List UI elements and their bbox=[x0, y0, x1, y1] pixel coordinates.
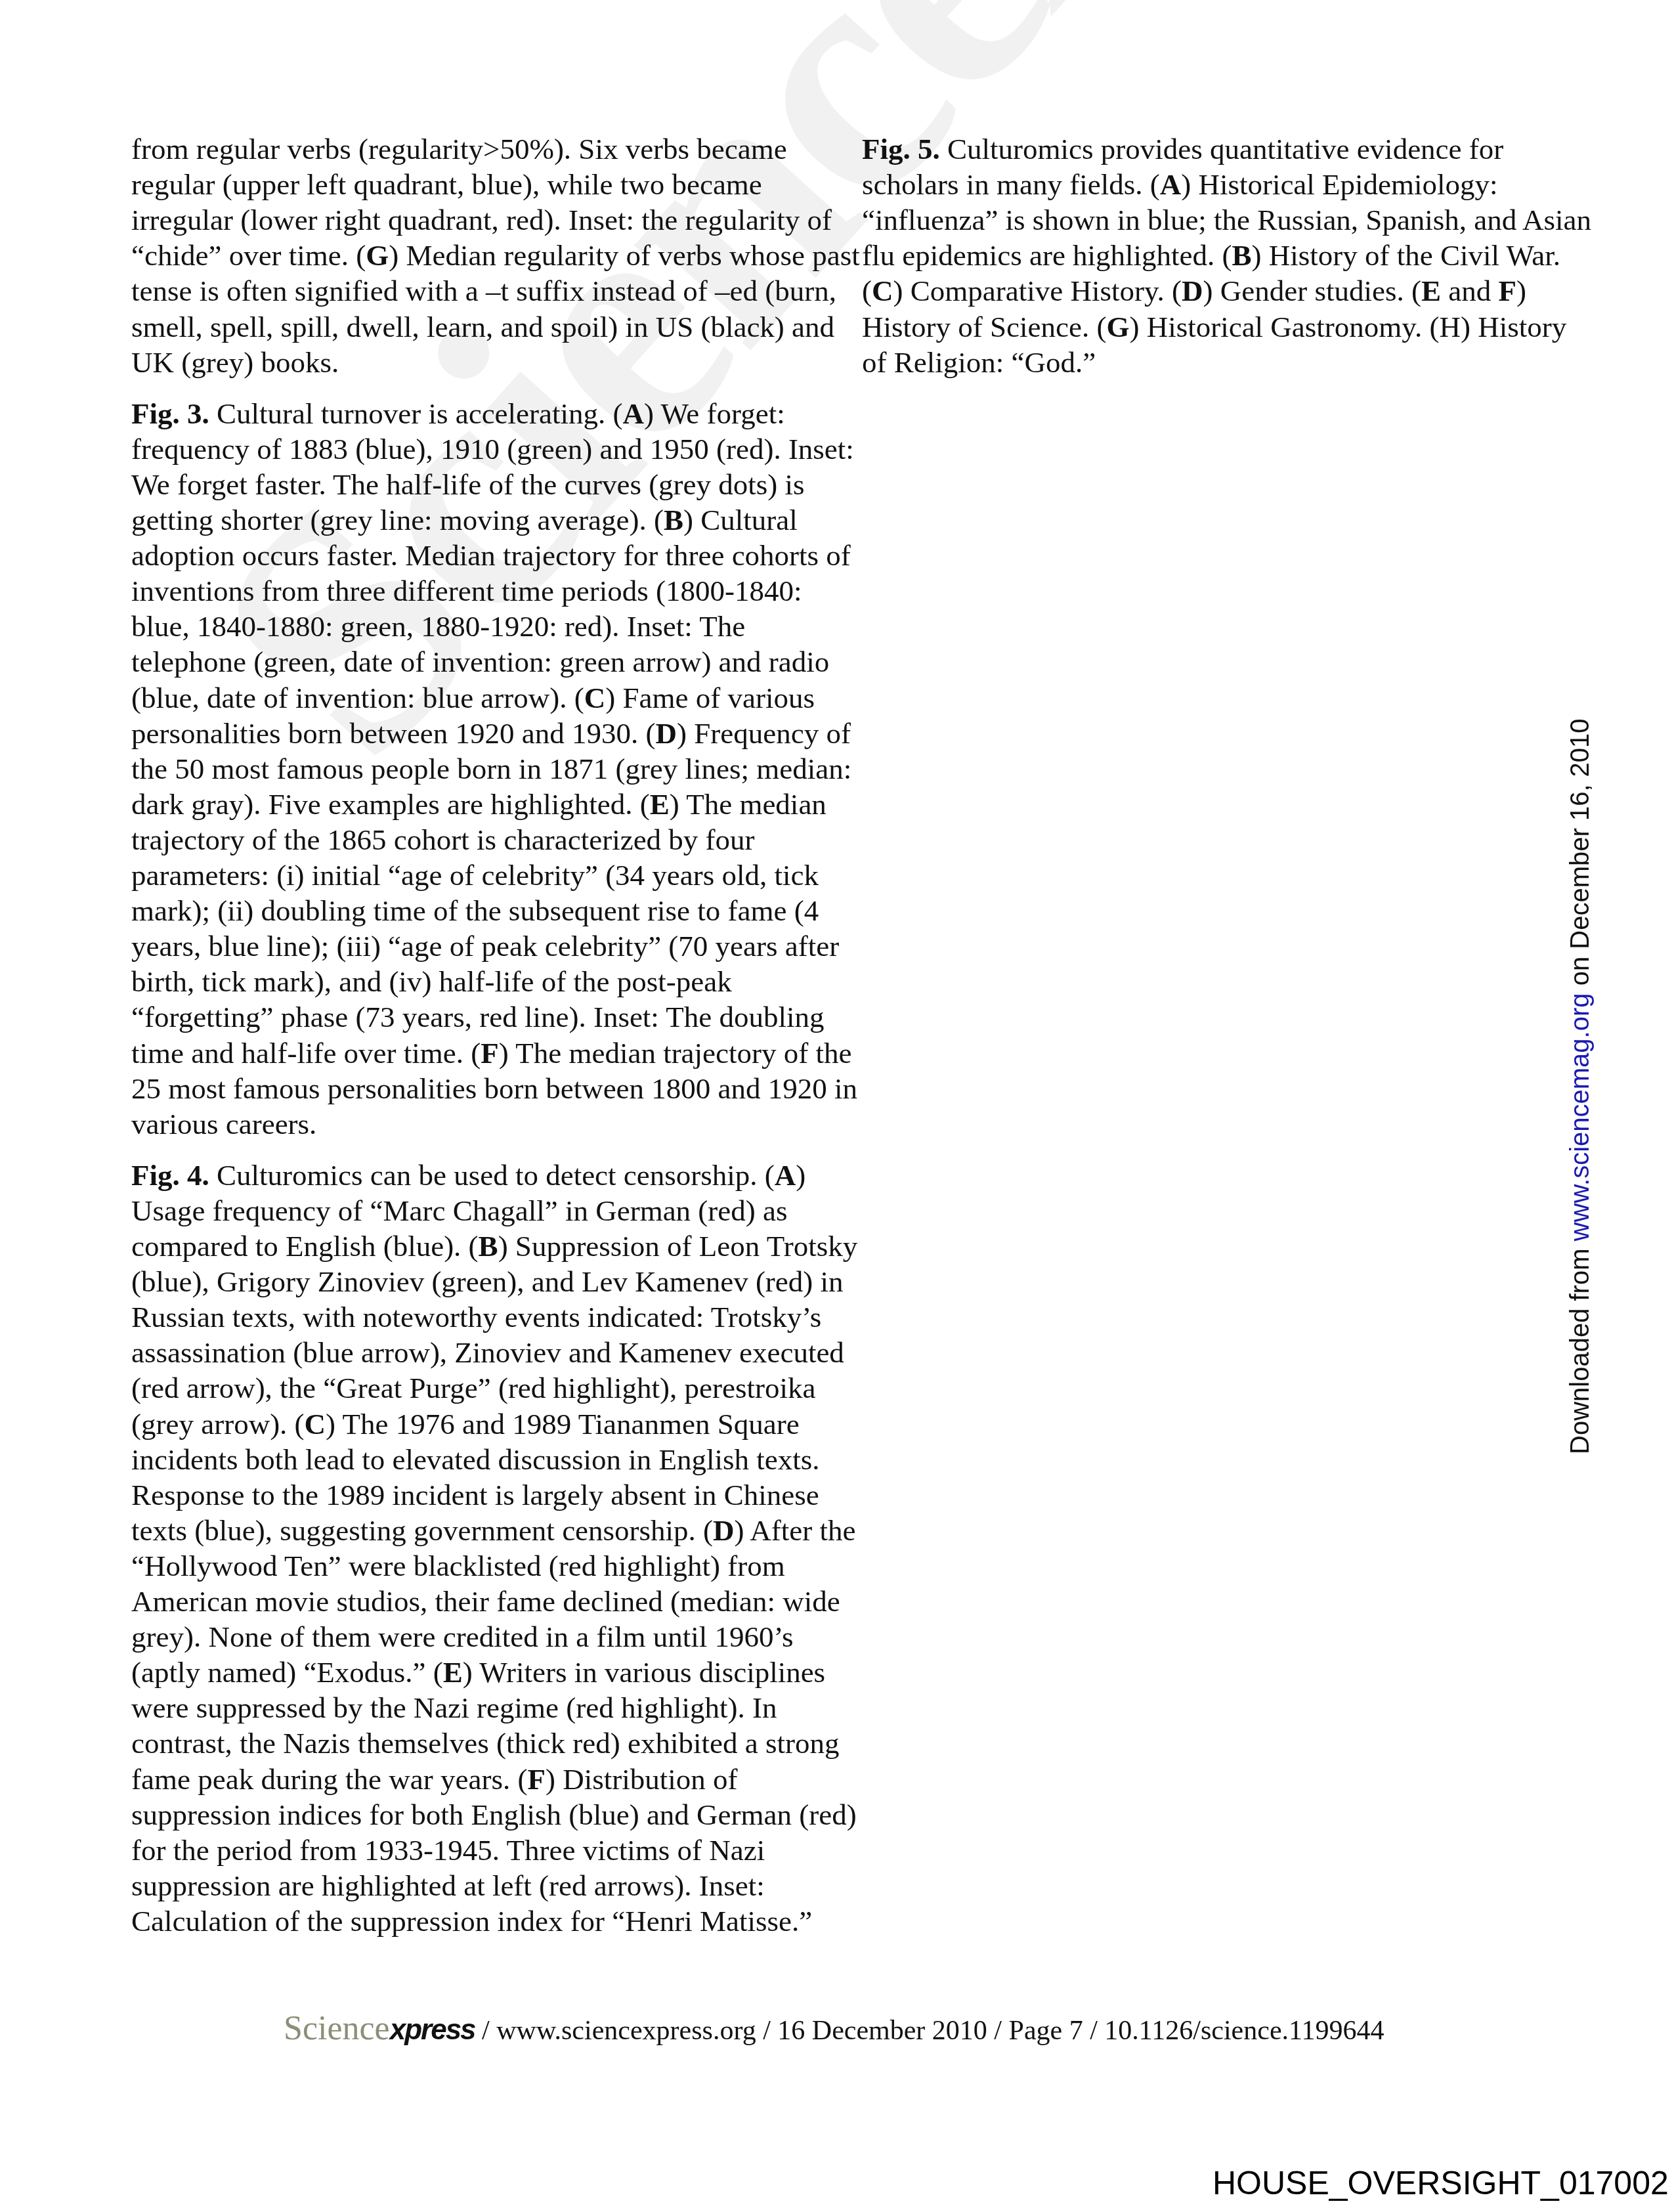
bold-label: A bbox=[775, 1159, 796, 1192]
download-notice-suffix: on December 16, 2010 bbox=[1566, 718, 1595, 993]
caption-line: mark); (ii) doubling time of the subsequ… bbox=[131, 893, 819, 928]
bold-label: Fig. 3. bbox=[131, 397, 209, 430]
caption-line: (grey arrow). (C) The 1976 and 1989 Tian… bbox=[131, 1406, 800, 1442]
caption-line: History of Science. (G) Historical Gastr… bbox=[862, 309, 1566, 345]
caption-text: ) Frequency of bbox=[677, 717, 851, 750]
caption-text: were suppressed by the Nazi regime (red … bbox=[131, 1691, 777, 1724]
caption-line: 25 most famous personalities born betwee… bbox=[131, 1071, 857, 1106]
caption-line: adoption occurs faster. Median trajector… bbox=[131, 538, 851, 573]
caption-line: Usage frequency of “Marc Chagall” in Ger… bbox=[131, 1193, 788, 1228]
caption-line: compared to English (blue). (B) Suppress… bbox=[131, 1228, 857, 1264]
page-footer: Sciencexpress / www.sciencexpress.org / … bbox=[284, 2009, 1384, 2048]
caption-line: inventions from three different time per… bbox=[131, 573, 802, 609]
caption-text: Russian texts, with noteworthy events in… bbox=[131, 1301, 821, 1334]
footer-citation: / www.sciencexpress.org / 16 December 20… bbox=[475, 2016, 1384, 2046]
bold-label: B bbox=[664, 504, 683, 536]
caption-text: (aptly named) “Exodus.” ( bbox=[131, 1656, 443, 1689]
bold-label: A bbox=[623, 397, 645, 430]
caption-text: (blue), Grigory Zinoviev (green), and Le… bbox=[131, 1265, 844, 1298]
caption-text: ) Fame of various bbox=[605, 682, 815, 714]
caption-text: blue, 1840-1880: green, 1880-1920: red).… bbox=[131, 610, 745, 643]
caption-text: ) History of the Civil War. bbox=[1252, 239, 1561, 272]
bold-label: B bbox=[479, 1230, 498, 1263]
caption-text: frequency of 1883 (blue), 1910 (green) a… bbox=[131, 433, 854, 466]
caption-text: ) Distribution of bbox=[546, 1763, 737, 1796]
caption-line: (red arrow), the “Great Purge” (red high… bbox=[131, 1370, 816, 1406]
caption-line: regular (upper left quadrant, blue), whi… bbox=[131, 167, 762, 202]
caption-line: contrast, the Nazis themselves (thick re… bbox=[131, 1725, 839, 1761]
caption-text: telephone (green, date of invention: gre… bbox=[131, 645, 829, 678]
caption-line: irregular (lower right quadrant, red). I… bbox=[131, 202, 832, 238]
caption-text: Cultural turnover is accelerating. ( bbox=[209, 397, 623, 430]
caption-text: UK (grey) books. bbox=[131, 346, 339, 379]
caption-line: Fig. 4. Culturomics can be used to detec… bbox=[131, 1158, 805, 1193]
caption-text: assassination (blue arrow), Zinoviev and… bbox=[131, 1336, 844, 1369]
caption-line: the 50 most famous people born in 1871 (… bbox=[131, 751, 851, 787]
caption-line: American movie studios, their fame decli… bbox=[131, 1584, 840, 1619]
caption-text: American movie studios, their fame decli… bbox=[131, 1585, 840, 1618]
sciencemag-link[interactable]: www.sciencemag.org bbox=[1566, 993, 1595, 1241]
caption-text: ) bbox=[796, 1159, 805, 1192]
caption-text: “forgetting” phase (73 years, red line).… bbox=[131, 1001, 825, 1033]
caption-text: History of Science. ( bbox=[862, 311, 1106, 343]
caption-text: ( bbox=[862, 274, 872, 307]
caption-text: years, blue line); (iii) “age of peak ce… bbox=[131, 930, 839, 963]
caption-text: personalities born between 1920 and 1930… bbox=[131, 717, 656, 750]
caption-line: scholars in many fields. (A) Historical … bbox=[862, 167, 1498, 202]
caption-line: parameters: (i) initial “age of celebrit… bbox=[131, 857, 819, 893]
caption-line: birth, tick mark), and (iv) half-life of… bbox=[131, 964, 732, 999]
bold-label: C bbox=[305, 1408, 326, 1441]
caption-text: adoption occurs faster. Median trajector… bbox=[131, 539, 851, 572]
sciencexpress-logo-xpress: xpress bbox=[390, 2014, 475, 2046]
caption-text: (blue, date of invention: blue arrow). ( bbox=[131, 682, 584, 714]
caption-line: dark gray). Five examples are highlighte… bbox=[131, 787, 826, 822]
caption-line: for the period from 1933-1945. Three vic… bbox=[131, 1832, 765, 1868]
bold-label: G bbox=[1106, 311, 1129, 343]
bold-label: F bbox=[481, 1037, 499, 1070]
bold-label: Fig. 5. bbox=[862, 133, 940, 165]
caption-text: contrast, the Nazis themselves (thick re… bbox=[131, 1727, 839, 1760]
caption-text: “Hollywood Ten” were blacklisted (red hi… bbox=[131, 1550, 785, 1582]
caption-line: frequency of 1883 (blue), 1910 (green) a… bbox=[131, 431, 854, 467]
caption-text: inventions from three different time per… bbox=[131, 575, 802, 607]
caption-text: tense is often signified with a –t suffi… bbox=[131, 274, 836, 307]
caption-line: from regular verbs (regularity>50%). Six… bbox=[131, 131, 787, 167]
caption-text: ) Comparative History. ( bbox=[893, 274, 1182, 307]
caption-text: ) The median bbox=[670, 788, 826, 821]
caption-text: suppression indices for both English (bl… bbox=[131, 1798, 857, 1831]
caption-text: (grey arrow). ( bbox=[131, 1408, 305, 1441]
caption-text: compared to English (blue). ( bbox=[131, 1230, 479, 1263]
caption-text: ) Historical Gastronomy. (H) History bbox=[1129, 311, 1566, 343]
bold-label: E bbox=[650, 788, 670, 821]
caption-text: suppression are highlighted at left (red… bbox=[131, 1869, 765, 1902]
caption-line: suppression are highlighted at left (red… bbox=[131, 1868, 765, 1903]
caption-line: Fig. 3. Cultural turnover is acceleratin… bbox=[131, 396, 785, 431]
bold-label: D bbox=[1182, 274, 1203, 307]
caption-line: (aptly named) “Exodus.” (E) Writers in v… bbox=[131, 1655, 825, 1690]
caption-text: texts (blue), suggesting government cens… bbox=[131, 1514, 713, 1547]
caption-line: “chide” over time. (G) Median regularity… bbox=[131, 238, 860, 273]
bold-label: F bbox=[1498, 274, 1516, 307]
caption-text: parameters: (i) initial “age of celebrit… bbox=[131, 859, 819, 892]
caption-line: Response to the 1989 incident is largely… bbox=[131, 1477, 819, 1513]
caption-text: regular (upper left quadrant, blue), whi… bbox=[131, 168, 762, 201]
bates-stamp: HOUSE_OVERSIGHT_017002 bbox=[1213, 2164, 1669, 2202]
caption-text: trajectory of the 1865 cohort is charact… bbox=[131, 823, 755, 856]
caption-text: for the period from 1933-1945. Three vic… bbox=[131, 1834, 765, 1867]
caption-text: ) Suppression of Leon Trotsky bbox=[498, 1230, 858, 1263]
caption-line: texts (blue), suggesting government cens… bbox=[131, 1513, 856, 1548]
caption-line: “influenza” is shown in blue; the Russia… bbox=[862, 202, 1591, 238]
caption-line: Fig. 5. Culturomics provides quantitativ… bbox=[862, 131, 1503, 167]
caption-line: telephone (green, date of invention: gre… bbox=[131, 644, 829, 680]
caption-line: smell, spell, spill, dwell, learn, and s… bbox=[131, 309, 834, 345]
caption-text: “chide” over time. ( bbox=[131, 239, 366, 272]
caption-text: ) After the bbox=[735, 1514, 856, 1547]
bold-label: Fig. 4. bbox=[131, 1159, 209, 1192]
caption-text: ) The 1976 and 1989 Tiananmen Square bbox=[326, 1408, 800, 1441]
bold-label: F bbox=[527, 1763, 546, 1796]
caption-line: fame peak during the war years. (F) Dist… bbox=[131, 1762, 737, 1797]
caption-line: UK (grey) books. bbox=[131, 345, 339, 380]
caption-text: (red arrow), the “Great Purge” (red high… bbox=[131, 1372, 816, 1404]
caption-line: grey). None of them were credited in a f… bbox=[131, 1619, 793, 1655]
caption-text: fame peak during the war years. ( bbox=[131, 1763, 527, 1796]
caption-text: ) Writers in various disciplines bbox=[463, 1656, 825, 1689]
caption-text: irregular (lower right quadrant, red). I… bbox=[131, 204, 832, 236]
caption-text: flu epidemics are highlighted. ( bbox=[862, 239, 1232, 272]
bold-label: C bbox=[872, 274, 893, 307]
caption-text: 25 most famous personalities born betwee… bbox=[131, 1072, 857, 1105]
caption-text: birth, tick mark), and (iv) half-life of… bbox=[131, 965, 732, 998]
bold-label: D bbox=[713, 1514, 735, 1547]
caption-line: We forget faster. The half-life of the c… bbox=[131, 467, 805, 502]
caption-line: “forgetting” phase (73 years, red line).… bbox=[131, 999, 825, 1035]
caption-line: (blue, date of invention: blue arrow). (… bbox=[131, 680, 815, 716]
caption-line: “Hollywood Ten” were blacklisted (red hi… bbox=[131, 1548, 785, 1584]
caption-text: of Religion: “God.” bbox=[862, 346, 1096, 379]
caption-line: flu epidemics are highlighted. (B) Histo… bbox=[862, 238, 1560, 273]
caption-line: assassination (blue arrow), Zinoviev and… bbox=[131, 1335, 844, 1370]
bold-label: A bbox=[1160, 168, 1182, 201]
caption-line: incidents both lead to elevated discussi… bbox=[131, 1442, 820, 1477]
caption-text: grey). None of them were credited in a f… bbox=[131, 1620, 793, 1653]
caption-text: ) Median regularity of verbs whose past bbox=[389, 239, 859, 272]
caption-text: getting shorter (grey line: moving avera… bbox=[131, 504, 664, 536]
caption-text: various careers. bbox=[131, 1108, 316, 1140]
caption-line: years, blue line); (iii) “age of peak ce… bbox=[131, 928, 839, 964]
caption-line: time and half-life over time. (F) The me… bbox=[131, 1035, 852, 1071]
caption-line: trajectory of the 1865 cohort is charact… bbox=[131, 822, 755, 857]
caption-text: Culturomics provides quantitative eviden… bbox=[940, 133, 1504, 165]
caption-text: ) We forget: bbox=[644, 397, 785, 430]
caption-line: Calculation of the suppression index for… bbox=[131, 1903, 812, 1939]
caption-text: ) bbox=[1516, 274, 1526, 307]
caption-line: suppression indices for both English (bl… bbox=[131, 1797, 857, 1832]
caption-text: and bbox=[1441, 274, 1498, 307]
bold-label: C bbox=[584, 682, 606, 714]
caption-line: of Religion: “God.” bbox=[862, 345, 1096, 380]
bold-label: G bbox=[366, 239, 389, 272]
caption-text: Usage frequency of “Marc Chagall” in Ger… bbox=[131, 1194, 788, 1227]
caption-line: tense is often signified with a –t suffi… bbox=[131, 273, 836, 309]
caption-text: Response to the 1989 incident is largely… bbox=[131, 1479, 819, 1511]
bold-label: B bbox=[1232, 239, 1252, 272]
caption-text: ) Historical Epidemiology: bbox=[1181, 168, 1497, 201]
caption-text: the 50 most famous people born in 1871 (… bbox=[131, 752, 851, 785]
sciencexpress-logo-science: Science bbox=[284, 2010, 390, 2047]
bold-label: E bbox=[1421, 274, 1441, 307]
caption-line: various careers. bbox=[131, 1106, 316, 1142]
caption-text: incidents both lead to elevated discussi… bbox=[131, 1443, 820, 1476]
caption-text: ) The median trajectory of the bbox=[499, 1037, 852, 1070]
caption-line: blue, 1840-1880: green, 1880-1920: red).… bbox=[131, 609, 745, 644]
caption-text: from regular verbs (regularity>50%). Six… bbox=[131, 133, 787, 165]
caption-text: Calculation of the suppression index for… bbox=[131, 1905, 812, 1938]
caption-line: were suppressed by the Nazi regime (red … bbox=[131, 1690, 777, 1725]
caption-line: getting shorter (grey line: moving avera… bbox=[131, 502, 798, 538]
caption-text: “influenza” is shown in blue; the Russia… bbox=[862, 204, 1591, 236]
caption-text: We forget faster. The half-life of the c… bbox=[131, 468, 805, 501]
caption-text: scholars in many fields. ( bbox=[862, 168, 1160, 201]
download-notice-prefix: Downloaded from bbox=[1566, 1241, 1595, 1454]
bold-label: E bbox=[443, 1656, 463, 1689]
caption-line: (blue), Grigory Zinoviev (green), and Le… bbox=[131, 1264, 844, 1299]
caption-text: time and half-life over time. ( bbox=[131, 1037, 481, 1070]
caption-text: Culturomics can be used to detect censor… bbox=[209, 1159, 775, 1192]
caption-text: mark); (ii) doubling time of the subsequ… bbox=[131, 894, 819, 927]
caption-line: personalities born between 1920 and 1930… bbox=[131, 716, 851, 751]
caption-text: dark gray). Five examples are highlighte… bbox=[131, 788, 650, 821]
download-notice: Downloaded from www.sciencemag.org on De… bbox=[1566, 718, 1595, 1454]
caption-text: smell, spell, spill, dwell, learn, and s… bbox=[131, 311, 834, 343]
caption-line: Russian texts, with noteworthy events in… bbox=[131, 1299, 821, 1335]
caption-line: (C) Comparative History. (D) Gender stud… bbox=[862, 273, 1526, 309]
caption-text: ) Cultural bbox=[683, 504, 798, 536]
bold-label: D bbox=[656, 717, 677, 750]
caption-text: ) Gender studies. ( bbox=[1203, 274, 1421, 307]
